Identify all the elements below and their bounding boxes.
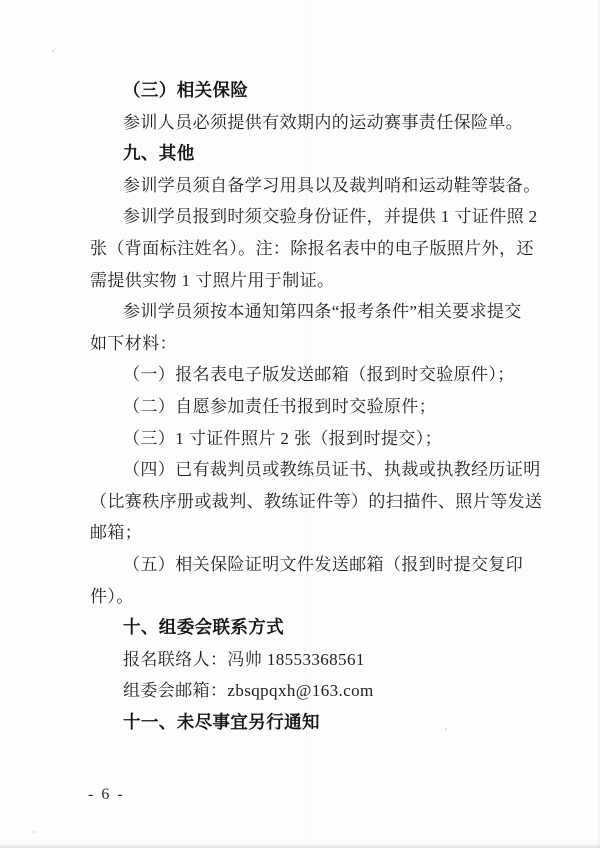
body-line: 组委会邮箱：zbsqpqxh@163.com [90,675,514,707]
body-line: 如下材料： [90,328,514,360]
body-line: 参训学员报到时须交验身份证件，并提供 1 寸证件照 2 [90,201,514,233]
body-line: （三）1 寸证件照片 2 张（报到时提交）； [90,423,514,455]
scan-speck [33,831,35,833]
heading-line: 十、组委会联系方式 [90,612,514,644]
heading-line: （三）相关保险 [90,75,514,107]
body-line: （一）报名表电子版发送邮箱（报到时交验原件）； [90,359,514,391]
body-line: （二）自愿参加责任书报到时交验原件； [90,391,514,423]
page-number: - 6 - [88,786,125,804]
scan-speck [52,50,54,52]
body-line: 张（背面标注姓名）。注：除报名表中的电子版照片外，还 [90,233,514,265]
body-line: 邮箱； [90,517,514,549]
document-text: （三）相关保险参训人员必须提供有效期内的运动赛事责任保险单。九、其他参训学员须自… [90,75,514,738]
body-line: 参训学员须自备学习用具以及裁判哨和运动鞋等装备。 [90,170,514,202]
scan-speck [445,728,447,730]
body-line: 参训人员必须提供有效期内的运动赛事责任保险单。 [90,107,514,139]
heading-line: 十一、未尽事宜另行通知 [90,707,514,739]
heading-line: 九、其他 [90,138,514,170]
scan-edge-bottom [0,844,600,848]
body-line: 报名联络人：冯帅 18553368561 [90,644,514,676]
body-line: 件）。 [90,581,514,613]
body-line: （五）相关保险证明文件发送邮箱（报到时提交复印 [90,549,514,581]
body-line: 参训学员须按本通知第四条“报考条件”相关要求提交 [90,296,514,328]
body-line: 需提供实物 1 寸照片用于制证。 [90,265,514,297]
scanned-document-page: （三）相关保险参训人员必须提供有效期内的运动赛事责任保险单。九、其他参训学员须自… [0,0,600,848]
body-line: （比赛秩序册或裁判、教练证件等）的扫描件、照片等发送 [90,486,514,518]
body-line: （四）已有裁判员或教练员证书、执裁或执教经历证明 [90,454,514,486]
